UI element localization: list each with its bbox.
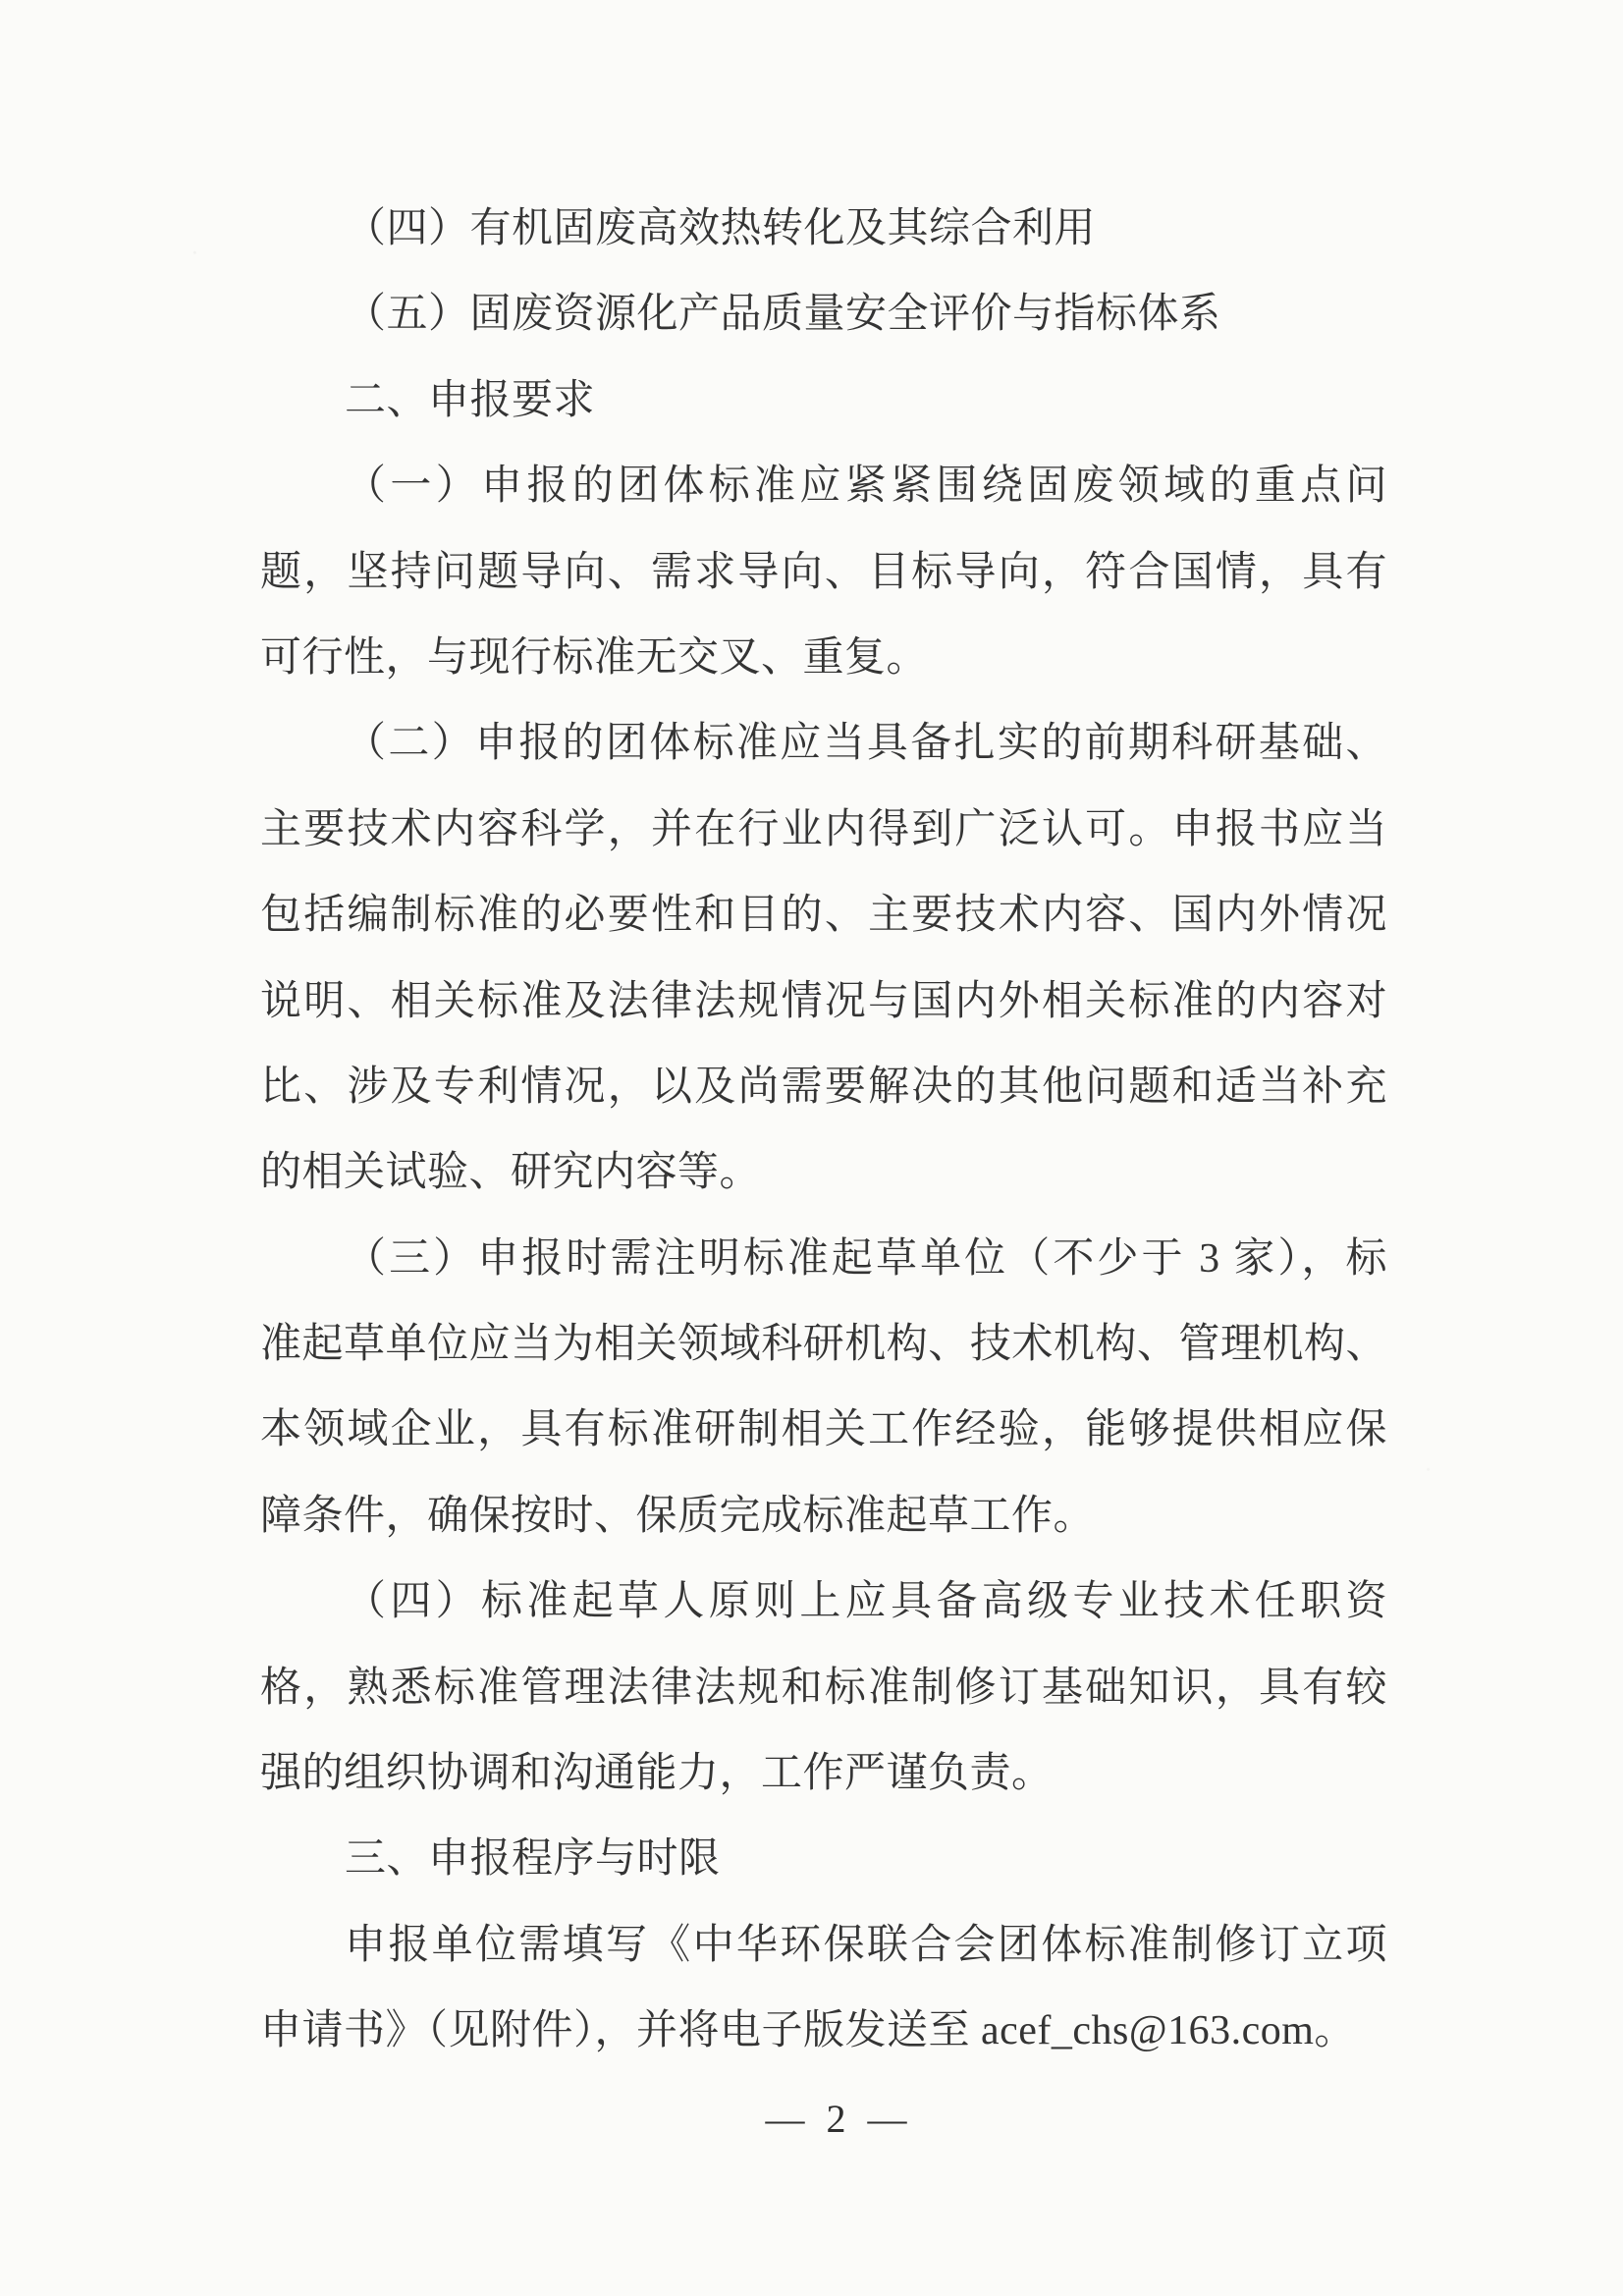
text-line: 说明、相关标准及法律法规情况与国内外相关标准的内容对 [260,959,1387,1045]
text-line: 可行性，与现行标准无交叉、重复。 [260,616,1387,701]
document-page: （四）有机固废高效热转化及其综合利用（五）固废资源化产品质量安全评价与指标体系二… [0,0,1623,2296]
text-line: 本领域企业，具有标准研制相关工作经验，能够提供相应保 [260,1388,1387,1473]
text-line: 二、申报要求 [260,358,1387,444]
text-line: （三）申报时需注明标准起草单位（不少于 3 家），标 [260,1217,1387,1302]
text-line: （五）固废资源化产品质量安全评价与指标体系 [260,272,1387,357]
text-line: 的相关试验、研究内容等。 [260,1130,1387,1216]
text-line: 三、申报程序与时限 [260,1817,1387,1902]
text-line: 比、涉及专利情况，以及尚需要解决的其他问题和适当补充 [260,1045,1387,1130]
text-line: 障条件，确保按时、保质完成标准起草工作。 [260,1474,1387,1559]
text-line: 强的组织协调和沟通能力，工作严谨负责。 [260,1731,1387,1817]
text-line: 主要技术内容科学，并在行业内得到广泛认可。申报书应当 [260,788,1387,873]
document-body: （四）有机固废高效热转化及其综合利用（五）固废资源化产品质量安全评价与指标体系二… [260,187,1387,2075]
text-line: 包括编制标准的必要性和目的、主要技术内容、国内外情况 [260,873,1387,958]
text-line: 申报单位需填写《中华环保联合会团体标准制修订立项 [260,1903,1387,1989]
text-line: （一）申报的团体标准应紧紧围绕固废领域的重点问 [260,444,1387,529]
text-line: 申请书》（见附件），并将电子版发送至 acef_chs@163.com。 [260,1989,1387,2074]
text-line: （二）申报的团体标准应当具备扎实的前期科研基础、 [260,701,1387,787]
text-line: （四）有机固废高效热转化及其综合利用 [260,187,1387,272]
text-line: （四）标准起草人原则上应具备高级专业技术任职资 [260,1559,1387,1645]
text-line: 准起草单位应当为相关领域科研机构、技术机构、管理机构、 [260,1302,1387,1388]
text-line: 题，坚持问题导向、需求导向、目标导向，符合国情，具有 [260,530,1387,616]
page-number: — 2 — [27,2090,1623,2149]
text-line: 格，熟悉标准管理法律法规和标准制修订基础知识，具有较 [260,1646,1387,1731]
